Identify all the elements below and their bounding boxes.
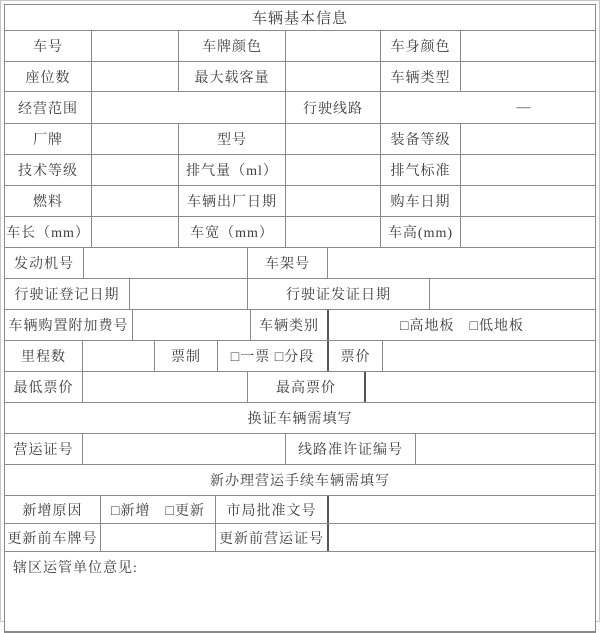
vehicle-info-form: 车辆基本信息 车号 车牌颜色 车身颜色 座位数 最大载客量 车辆类型 经营范围 … — [4, 4, 596, 633]
label-old-operation-cert-no: 更新前营运证号 — [215, 524, 327, 551]
label-height: 车高(mm) — [380, 217, 460, 247]
field-operation-cert-no — [82, 434, 285, 464]
field-max-fare — [364, 372, 595, 402]
table-row: 营运证号 线路准许证编号 — [5, 433, 595, 464]
label-fuel: 燃料 — [5, 186, 91, 216]
scanned-form-page: 车辆基本信息 车号 车牌颜色 车身颜色 座位数 最大载客量 车辆类型 经营范围 … — [0, 0, 600, 622]
authority-opinion-row: 辖区运管单位意见: — [5, 551, 595, 631]
label-approval-doc-no: 市局批准文号 — [215, 496, 327, 523]
table-row: 技术等级 排气量（ml） 排气标准 — [5, 154, 595, 185]
label-business-scope: 经营范围 — [5, 92, 91, 123]
label-license-issue-date: 行驶证发证日期 — [247, 279, 429, 309]
label-purchase-fee-no: 车辆购置附加费号 — [5, 310, 132, 340]
field-license-issue-date — [429, 279, 595, 309]
field-vehicle-type — [460, 62, 595, 91]
field-max-passengers — [285, 62, 380, 91]
field-fuel — [91, 186, 178, 216]
label-vehicle-type: 车辆类型 — [380, 62, 460, 91]
field-brand — [91, 124, 178, 154]
new-reason-checkbox-options: □新增 □更新 — [100, 496, 215, 523]
label-route: 行驶线路 — [285, 92, 380, 123]
field-fare — [382, 341, 595, 371]
table-row: 厂牌 型号 装备等级 — [5, 123, 595, 154]
field-old-plate-no — [100, 524, 215, 551]
field-license-reg-date — [129, 279, 247, 309]
label-new-reason: 新增原因 — [5, 496, 100, 523]
table-row: 车长（mm） 车宽（mm） 车高(mm) — [5, 216, 595, 247]
field-business-scope — [91, 92, 285, 123]
section-renewal-row: 换证车辆需填写 — [5, 402, 595, 433]
field-frame-no — [327, 248, 595, 278]
label-length: 车长（mm） — [5, 217, 91, 247]
field-equipment-grade — [460, 124, 595, 154]
field-old-operation-cert-no — [327, 524, 595, 551]
ticket-system-checkbox-options: □一票 □分段 — [217, 341, 327, 371]
table-row: 座位数 最大载客量 车辆类型 — [5, 61, 595, 91]
label-body-color: 车身颜色 — [380, 31, 460, 61]
table-row: 新增原因 □新增 □更新 市局批准文号 — [5, 495, 595, 523]
field-height — [460, 217, 595, 247]
label-vehicle-no: 车号 — [5, 31, 91, 61]
label-model: 型号 — [178, 124, 285, 154]
label-emission-std: 排气标准 — [380, 155, 460, 185]
label-plate-color: 车牌颜色 — [178, 31, 285, 61]
field-min-fare — [82, 372, 247, 402]
field-vehicle-no — [91, 31, 178, 61]
authority-opinion-label: 辖区运管单位意见: — [5, 552, 595, 631]
table-row: 经营范围 行驶线路 — — [5, 91, 595, 123]
field-factory-date — [285, 186, 380, 216]
section-new-procedure-title: 新办理营运手续车辆需填写 — [5, 465, 595, 495]
label-license-reg-date: 行驶证登记日期 — [5, 279, 129, 309]
label-factory-date: 车辆出厂日期 — [178, 186, 285, 216]
label-purchase-date: 购车日期 — [380, 186, 460, 216]
table-row: 最低票价 最高票价 — [5, 371, 595, 402]
label-brand: 厂牌 — [5, 124, 91, 154]
field-purchase-date — [460, 186, 595, 216]
field-mileage — [82, 341, 154, 371]
field-body-color — [460, 31, 595, 61]
field-route: — — [380, 92, 595, 123]
field-length — [91, 217, 178, 247]
field-width — [285, 217, 380, 247]
field-seat-count — [91, 62, 178, 91]
table-row: 行驶证登记日期 行驶证发证日期 — [5, 278, 595, 309]
label-max-fare: 最高票价 — [247, 372, 364, 402]
label-route-permit-no: 线路准许证编号 — [285, 434, 415, 464]
label-tech-grade: 技术等级 — [5, 155, 91, 185]
label-fare: 票价 — [327, 341, 382, 371]
label-displacement: 排气量（ml） — [178, 155, 285, 185]
field-plate-color — [285, 31, 380, 61]
label-min-fare: 最低票价 — [5, 372, 82, 402]
label-old-plate-no: 更新前车牌号 — [5, 524, 100, 551]
label-frame-no: 车架号 — [247, 248, 327, 278]
table-row: 更新前车牌号 更新前营运证号 — [5, 523, 595, 551]
label-operation-cert-no: 营运证号 — [5, 434, 82, 464]
label-max-passengers: 最大载客量 — [178, 62, 285, 91]
table-row: 车号 车牌颜色 车身颜色 — [5, 30, 595, 61]
label-equipment-grade: 装备等级 — [380, 124, 460, 154]
field-emission-std — [460, 155, 595, 185]
label-seat-count: 座位数 — [5, 62, 91, 91]
field-displacement — [285, 155, 380, 185]
field-approval-doc-no — [327, 496, 595, 523]
form-title-row: 车辆基本信息 — [5, 5, 595, 30]
table-row: 发动机号 车架号 — [5, 247, 595, 278]
label-ticket-system: 票制 — [154, 341, 217, 371]
label-width: 车宽（mm） — [178, 217, 285, 247]
field-model — [285, 124, 380, 154]
label-engine-no: 发动机号 — [5, 248, 83, 278]
label-vehicle-category: 车辆类别 — [250, 310, 327, 340]
field-route-permit-no — [415, 434, 595, 464]
vehicle-category-checkbox-options: □高地板 □低地板 — [327, 310, 595, 340]
section-new-procedure-row: 新办理营运手续车辆需填写 — [5, 464, 595, 495]
label-mileage: 里程数 — [5, 341, 82, 371]
field-engine-no — [83, 248, 247, 278]
form-title: 车辆基本信息 — [5, 5, 595, 30]
field-purchase-fee-no — [132, 310, 250, 340]
table-row: 里程数 票制 □一票 □分段 票价 — [5, 340, 595, 371]
field-tech-grade — [91, 155, 178, 185]
section-renewal-title: 换证车辆需填写 — [5, 403, 595, 433]
table-row: 燃料 车辆出厂日期 购车日期 — [5, 185, 595, 216]
table-row: 车辆购置附加费号 车辆类别 □高地板 □低地板 — [5, 309, 595, 340]
